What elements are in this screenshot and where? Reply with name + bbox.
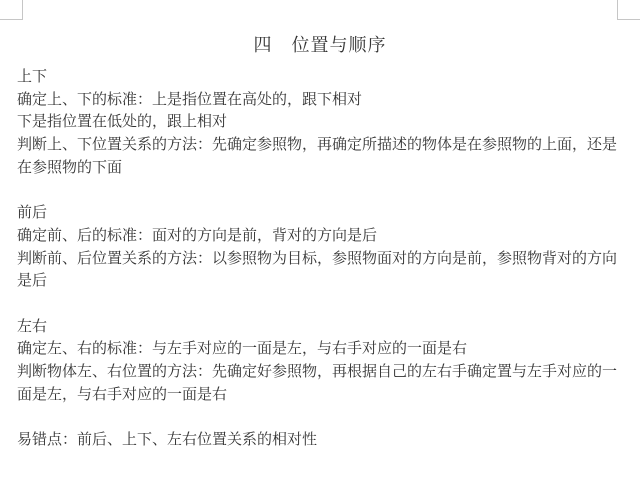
document-page: 四 位置与顺序 上下 确定上、下的标准：上是指位置在高处的，跟下相对 下是指位置… bbox=[0, 0, 640, 480]
text-line: 判断上、下位置关系的方法：先确定参照物，再确定所描述的物体是在参照物的上面，还是 bbox=[17, 134, 630, 157]
text-line: 是后 bbox=[17, 270, 630, 293]
document-title: 四 位置与顺序 bbox=[0, 31, 640, 57]
section-leftright: 左右 确定左、右的标准：与左手对应的一面是左，与右手对应的一面是右 判断物体左、… bbox=[17, 316, 630, 407]
text-line: 在参照物的下面 bbox=[17, 157, 630, 180]
text-line: 确定左、右的标准：与左手对应的一面是左，与右手对应的一面是右 bbox=[17, 338, 630, 361]
section-frontback: 前后 确定前、后的标准：面对的方向是前，背对的方向是后 判断前、后位置关系的方法… bbox=[17, 202, 630, 293]
word-document-view: { "document": { "title": "四 位置与顺序", "sec… bbox=[0, 0, 640, 480]
text-line: 下是指位置在低处的，跟上相对 bbox=[17, 111, 630, 134]
section-heading: 上下 bbox=[17, 66, 630, 89]
text-line: 判断物体左、右位置的方法：先确定好参照物，再根据自己的左右手确定置与左手对应的一 bbox=[17, 361, 630, 384]
text-line: 面是左，与右手对应的一面是右 bbox=[17, 384, 630, 407]
margin-mark-top-right bbox=[617, 0, 640, 20]
text-line: 判断前、后位置关系的方法：以参照物为目标，参照物面对的方向是前，参照物背对的方向 bbox=[17, 248, 630, 271]
text-line: 确定前、后的标准：面对的方向是前，背对的方向是后 bbox=[17, 225, 630, 248]
section-heading: 左右 bbox=[17, 316, 630, 339]
text-line: 易错点：前后、上下、左右位置关系的相对性 bbox=[17, 429, 630, 452]
section-updown: 上下 确定上、下的标准：上是指位置在高处的，跟下相对 下是指位置在低处的，跟上相… bbox=[17, 66, 630, 180]
section-common-mistakes: 易错点：前后、上下、左右位置关系的相对性 bbox=[17, 429, 630, 452]
margin-mark-top-left bbox=[0, 0, 23, 20]
document-text-area[interactable]: 上下 确定上、下的标准：上是指位置在高处的，跟下相对 下是指位置在低处的，跟上相… bbox=[17, 66, 630, 452]
text-line: 确定上、下的标准：上是指位置在高处的，跟下相对 bbox=[17, 89, 630, 112]
section-heading: 前后 bbox=[17, 202, 630, 225]
